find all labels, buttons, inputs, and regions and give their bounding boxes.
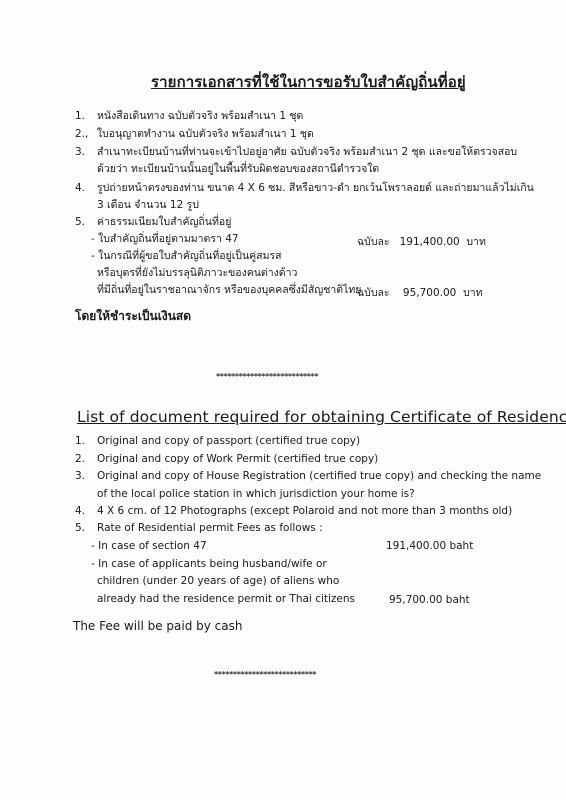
english-payment-note: The Fee will be paid by cash [73, 619, 242, 633]
thai-fee-2-desc-2: หรือบุตรที่ยังไม่บรรลุนิติภาวะของคนต่างด… [97, 266, 297, 280]
english-item-5: 5.Rate of Residential permit Fees as fol… [75, 521, 323, 535]
thai-fee-1-amount: ฉบับละ 191,400.00 บาท [357, 233, 486, 250]
english-item-2: 2.Original and copy of Work Permit (cert… [75, 452, 378, 466]
thai-item-1: 1.หนังสือเดินทาง ฉบับตัวจริง พร้อมสำเนา … [75, 109, 303, 123]
english-item-3: 3.Original and copy of House Registratio… [75, 469, 541, 483]
thai-fee-2-amount: ฉบับละ 95,700.00 บาท [357, 284, 483, 301]
separator-2: *************************** [214, 670, 316, 679]
thai-item-3: 3.สำเนาทะเบียนบ้านที่ท่านจะเข้าไปอยู่อาศ… [75, 145, 517, 159]
thai-fee-1-desc: - ใบสำคัญถิ่นที่อยู่ตามมาตรา 47 [91, 232, 239, 246]
thai-item-2: 2.,ใบอนุญาตทำงาน ฉบับตัวจริง พร้อมสำเนา … [75, 127, 314, 141]
english-fee-2-amount: 95,700.00 baht [389, 594, 470, 606]
thai-item-4: 4.รูปถ่ายหน้าตรงของท่าน ขนาด 4 X 6 ซม. ส… [75, 181, 534, 195]
english-fee-1-amount: 191,400.00 baht [386, 540, 473, 552]
thai-item-4-cont: 3 เดือน จำนวน 12 รูป [97, 198, 199, 212]
thai-fee-2-desc-3: ที่มีถิ่นที่อยู่ในราชอาณาจักร หรือของบุค… [97, 283, 361, 297]
thai-title: รายการเอกสารที่ใช้ในการขอรับใบสำคัญถิ่นท… [151, 70, 466, 94]
separator-1: *************************** [216, 372, 318, 381]
thai-item-3-cont: ด้วยว่า ทะเบียนบ้านนั้นอยู่ในพื้นที่รับผ… [97, 162, 379, 176]
english-item-4: 4.4 X 6 cm. of 12 Photographs (except Po… [75, 504, 512, 518]
english-item-1: 1.Original and copy of passport (certifi… [75, 434, 360, 448]
thai-payment-note: โดยให้ชำระเป็นเงินสด [75, 307, 191, 326]
english-fee-2-desc-3: already had the residence permit or Thai… [97, 592, 355, 606]
english-item-3-cont: of the local police station in which jur… [97, 487, 415, 501]
thai-fee-2-desc-1: - ในกรณีที่ผู้ขอใบสำคัญถิ่นที่อยู่เป็นคู… [91, 249, 282, 263]
english-fee-1-desc: - In case of section 47 [91, 539, 207, 553]
document-page: รายการเอกสารที่ใช้ในการขอรับใบสำคัญถิ่นท… [0, 0, 566, 800]
thai-item-5: 5.ค่าธรรมเนียมใบสำคัญถิ่นที่อยู่ [75, 215, 231, 229]
english-fee-2-desc-2: children (under 20 years of age) of alie… [97, 574, 339, 588]
english-fee-2-desc-1: - In case of applicants being husband/wi… [91, 557, 327, 571]
english-title: List of document required for obtaining … [77, 408, 566, 426]
